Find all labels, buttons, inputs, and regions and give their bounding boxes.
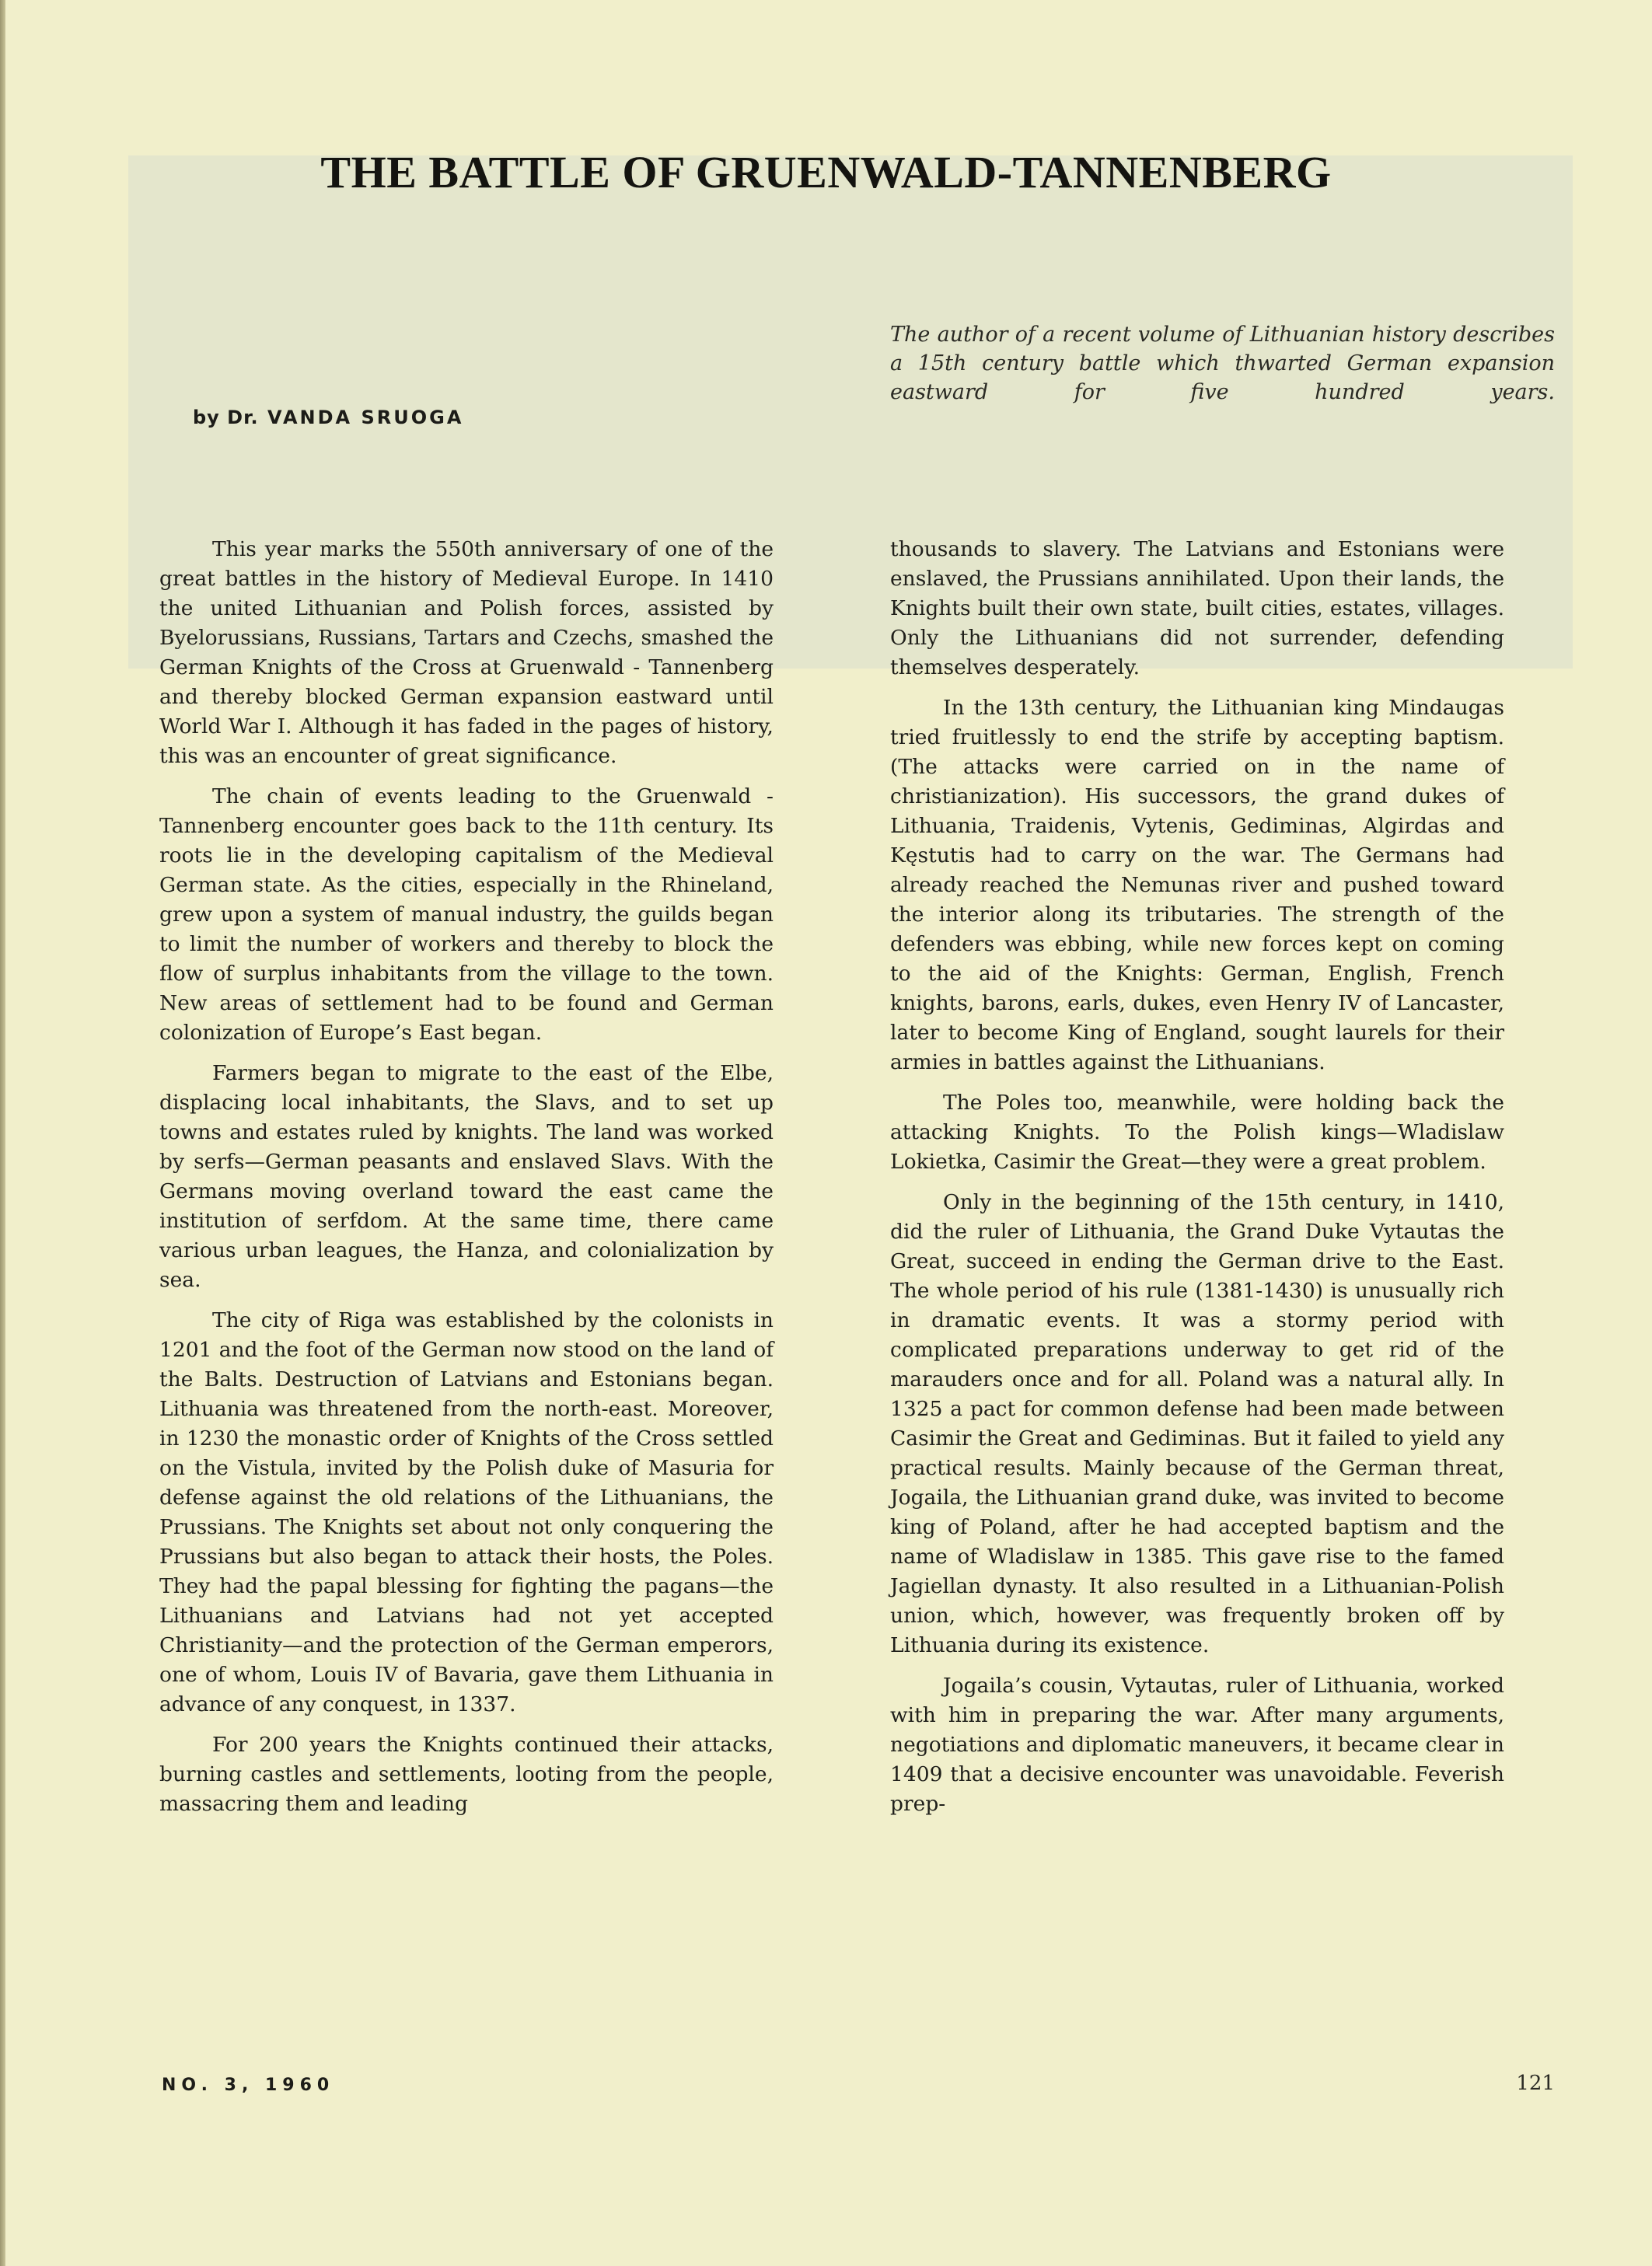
right-column: thousands to slavery. The Latvians and E… (890, 535, 1504, 1830)
paragraph: Only in the beginning of the 15th centur… (890, 1188, 1504, 1660)
paragraph: In the 13th century, the Lithuanian king… (890, 693, 1504, 1077)
paragraph: Jogaila’s cousin, Vytautas, ruler of Lit… (890, 1671, 1504, 1819)
paragraph: The city of Riga was established by the … (159, 1306, 774, 1720)
paragraph: For 200 years the Knights continued thei… (159, 1730, 774, 1819)
article-title: THE BATTLE OF GRUENWALD-TANNENBERG (0, 146, 1652, 198)
paragraph: The Poles too, meanwhile, were holding b… (890, 1088, 1504, 1177)
page-number: 121 (1516, 2072, 1555, 2095)
byline-prefix: by Dr. (193, 407, 259, 428)
page-spine-edge (0, 0, 5, 2266)
paragraph: This year marks the 550th anniversary of… (159, 535, 774, 771)
issue-label: NO. 3, 1960 (162, 2076, 334, 2095)
paragraph: The chain of events leading to the Gruen… (159, 782, 774, 1048)
byline: by Dr. VANDA SRUOGA (193, 407, 463, 428)
article-subtitle: The author of a recent volume of Lithuan… (890, 320, 1555, 407)
paragraph-continuation: thousands to slavery. The Latvians and E… (890, 535, 1504, 683)
author-name: VANDA SRUOGA (267, 407, 463, 428)
left-column: This year marks the 550th anniversary of… (159, 535, 774, 1830)
paragraph: Farmers began to migrate to the east of … (159, 1059, 774, 1295)
